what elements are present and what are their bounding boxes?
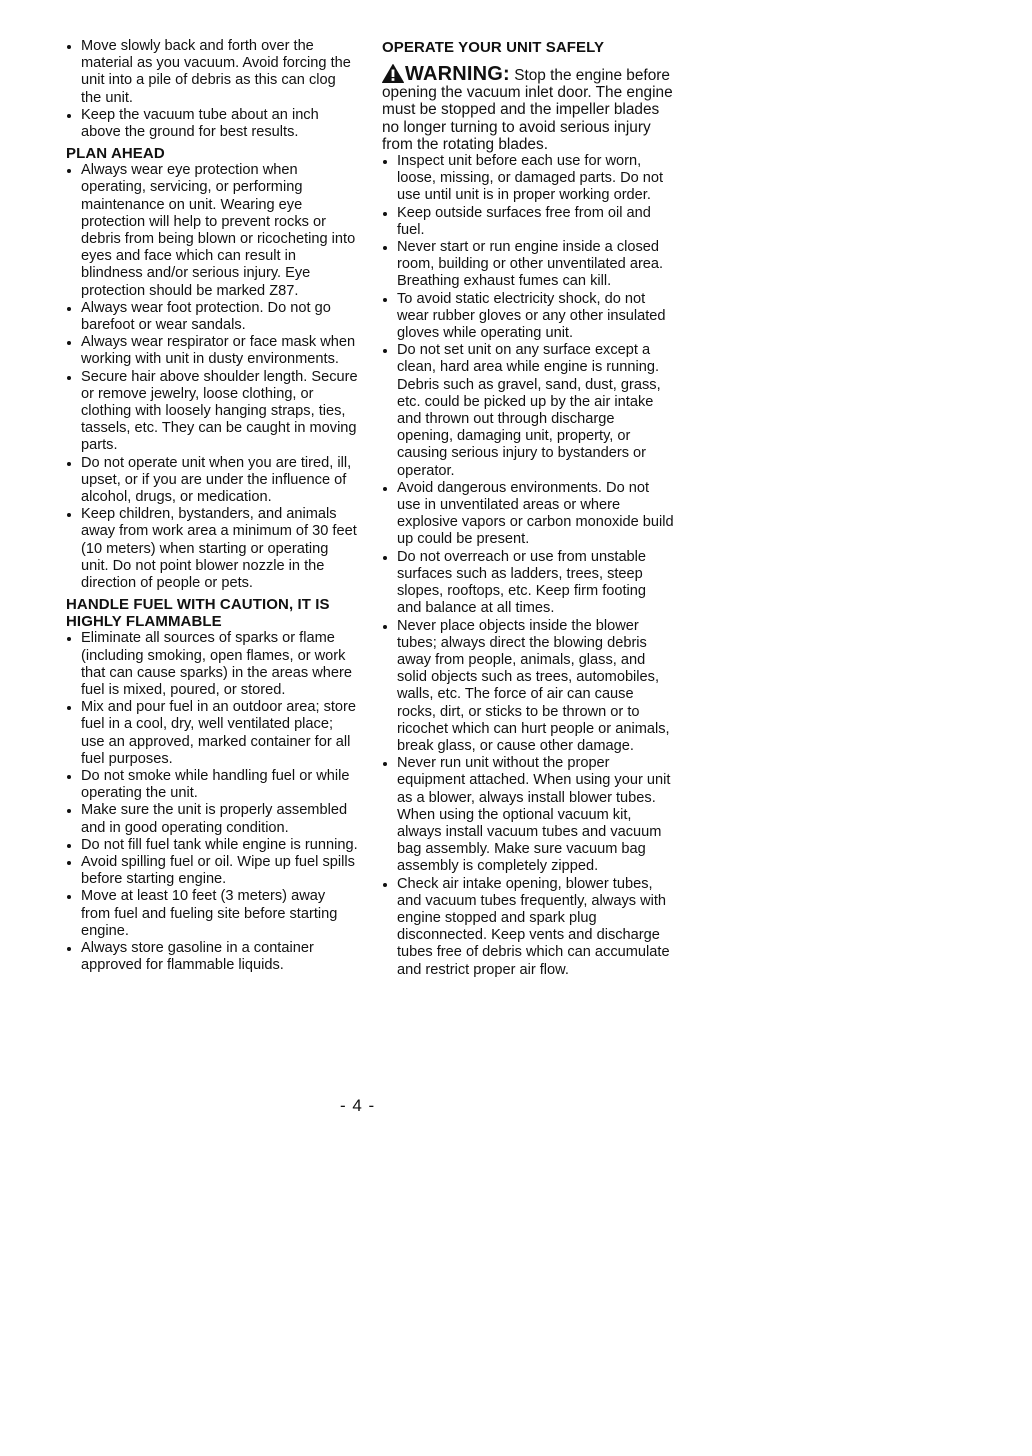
- bullet-icon: [67, 861, 71, 865]
- list-item: Always wear respirator or face mask when…: [66, 334, 358, 368]
- manual-page: Move slowly back and forth over the mate…: [0, 0, 1032, 1456]
- plan-ahead-bullet-list: Always wear eye protection when operatin…: [66, 162, 358, 592]
- warning-triangle-icon: [382, 64, 404, 83]
- list-item: Move slowly back and forth over the mate…: [66, 38, 358, 107]
- bullet-icon: [67, 513, 71, 517]
- list-item: Avoid spilling fuel or oil. Wipe up fuel…: [66, 854, 358, 888]
- bullet-icon: [383, 160, 387, 164]
- list-item: Mix and pour fuel in an outdoor area; st…: [66, 699, 358, 768]
- list-item: Keep outside surfaces free from oil and …: [382, 205, 674, 239]
- list-item: Always wear eye protection when operatin…: [66, 162, 358, 300]
- bullet-icon: [383, 556, 387, 560]
- bullet-icon: [67, 637, 71, 641]
- bullet-icon: [67, 809, 71, 813]
- bullet-icon: [67, 307, 71, 311]
- bullet-icon: [67, 114, 71, 118]
- list-item: Do not smoke while handling fuel or whil…: [66, 768, 358, 802]
- fuel-bullet-list: Eliminate all sources of sparks or flame…: [66, 630, 358, 974]
- bullet-icon: [67, 706, 71, 710]
- list-item: Avoid dangerous environments. Do not use…: [382, 480, 674, 549]
- list-item: Inspect unit before each use for worn, l…: [382, 153, 674, 205]
- list-item: To avoid static electricity shock, do no…: [382, 291, 674, 343]
- section-heading-plan-ahead: PLAN AHEAD: [66, 145, 358, 162]
- warning-label: WARNING:: [405, 63, 510, 85]
- intro-bullet-list: Move slowly back and forth over the mate…: [66, 38, 358, 141]
- list-item: Always wear foot protection. Do not go b…: [66, 300, 358, 334]
- list-item: Keep children, bystanders, and animals a…: [66, 506, 358, 592]
- bullet-icon: [383, 487, 387, 491]
- list-item: Never start or run engine inside a close…: [382, 239, 674, 291]
- list-item: Secure hair above shoulder length. Secur…: [66, 369, 358, 455]
- list-item: Never run unit without the proper equipm…: [382, 755, 674, 875]
- list-item: Do not operate unit when you are tired, …: [66, 455, 358, 507]
- list-item: Check air intake opening, blower tubes, …: [382, 876, 674, 979]
- list-item: Do not set unit on any surface except a …: [382, 342, 674, 480]
- page-number: - 4 -: [340, 1096, 375, 1116]
- bullet-icon: [383, 762, 387, 766]
- bullet-icon: [67, 775, 71, 779]
- list-item: Eliminate all sources of sparks or flame…: [66, 630, 358, 699]
- bullet-icon: [383, 349, 387, 353]
- bullet-icon: [383, 298, 387, 302]
- bullet-icon: [383, 212, 387, 216]
- right-column: OPERATE YOUR UNIT SAFELY WARNING: Stop t…: [382, 39, 674, 979]
- list-item: Never place objects inside the blower tu…: [382, 618, 674, 756]
- operate-bullet-list: Inspect unit before each use for worn, l…: [382, 153, 674, 979]
- bullet-icon: [67, 947, 71, 951]
- list-item: Always store gasoline in a container app…: [66, 940, 358, 974]
- list-item: Do not fill fuel tank while engine is ru…: [66, 837, 358, 854]
- warning-callout: WARNING: Stop the engine before opening …: [382, 64, 674, 153]
- bullet-icon: [67, 462, 71, 466]
- list-item: Do not overreach or use from unstable su…: [382, 549, 674, 618]
- bullet-icon: [383, 246, 387, 250]
- bullet-icon: [67, 169, 71, 173]
- bullet-icon: [67, 341, 71, 345]
- list-item: Make sure the unit is properly assembled…: [66, 802, 358, 836]
- section-heading-fuel: HANDLE FUEL WITH CAUTION, IT IS HIGHLY F…: [66, 596, 358, 630]
- section-heading-operate-safely: OPERATE YOUR UNIT SAFELY: [382, 39, 674, 56]
- bullet-icon: [67, 895, 71, 899]
- bullet-icon: [67, 45, 71, 49]
- list-item: Keep the vacuum tube about an inch above…: [66, 107, 358, 141]
- bullet-icon: [67, 376, 71, 380]
- bullet-icon: [383, 625, 387, 629]
- list-item: Move at least 10 feet (3 meters) away fr…: [66, 888, 358, 940]
- left-column: Move slowly back and forth over the mate…: [66, 38, 358, 974]
- bullet-icon: [67, 844, 71, 848]
- bullet-icon: [383, 883, 387, 887]
